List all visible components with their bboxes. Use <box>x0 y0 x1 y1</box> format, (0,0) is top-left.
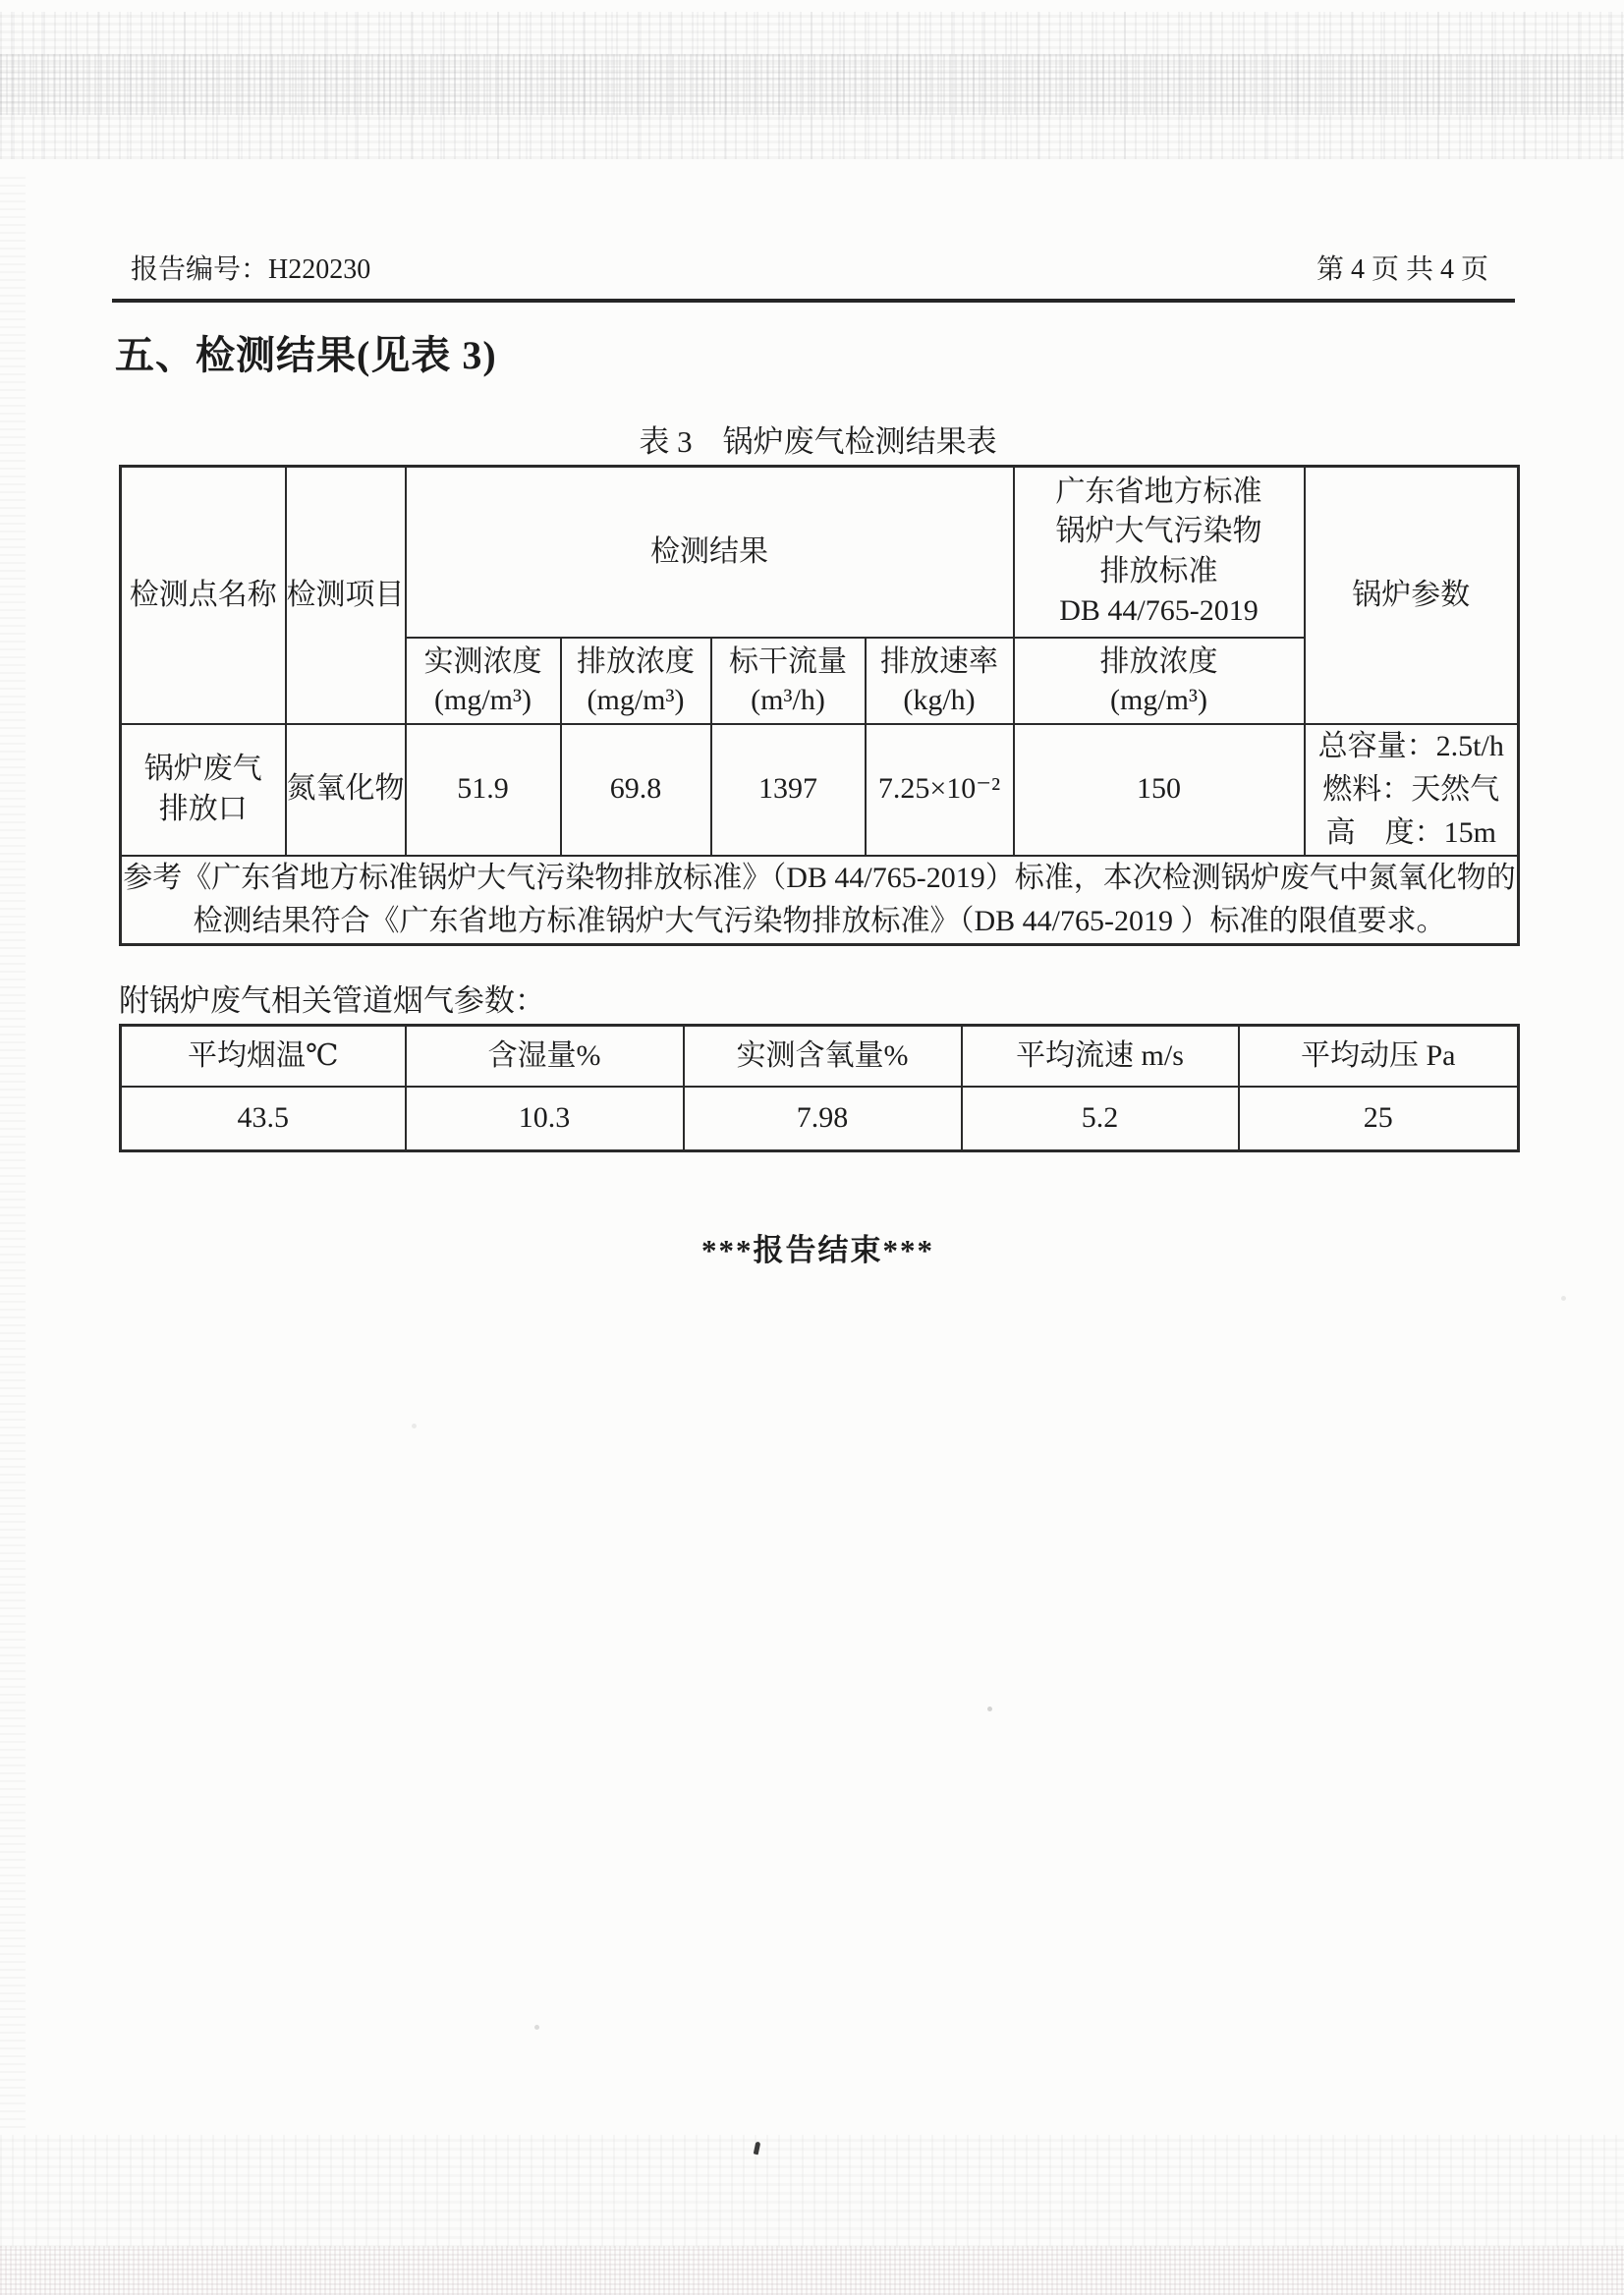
report-end: ***报告结束*** <box>119 1225 1517 1269</box>
results-table: 检测点名称 检测项目 检测结果 广东省地方标准 锅炉大气污染物 排放标准 DB … <box>119 465 1520 946</box>
col-header-rate: 排放速率 (kg/h) <box>866 638 1014 724</box>
page-header: 报告编号：H220230 第 4 页 共 4 页 <box>131 248 1488 287</box>
flue-header-velocity: 平均流速 m/s <box>962 1026 1239 1087</box>
flue-header-moisture: 含湿量% <box>406 1026 684 1087</box>
flue-header-pressure: 平均动压 Pa <box>1239 1026 1519 1087</box>
cell-point-name: 锅炉废气 排放口 <box>121 724 286 856</box>
flue-header-oxygen: 实测含氧量% <box>684 1026 962 1087</box>
col-header-measured: 实测浓度 (mg/m³) <box>406 638 561 724</box>
section-title: 五、检测结果(见表 3) <box>115 324 497 380</box>
table-row: 43.5 10.3 7.98 5.2 25 <box>121 1087 1519 1151</box>
col-group-boiler-params: 锅炉参数 <box>1305 467 1519 724</box>
col-header-emission: 排放浓度 (mg/m³) <box>561 638 711 724</box>
col-header-rate-label: 排放速率 <box>867 643 1013 682</box>
col-header-emission-unit: (mg/m³) <box>562 682 710 719</box>
col-header-measured-label: 实测浓度 <box>407 643 560 682</box>
col-group-results: 检测结果 <box>406 467 1014 638</box>
cell-test-item: 氮氧化物 <box>286 724 406 856</box>
col-header-rate-unit: (kg/h) <box>867 682 1013 719</box>
cell-flow-value: 1397 <box>711 724 866 856</box>
col-header-limit: 排放浓度 (mg/m³) <box>1014 638 1305 724</box>
cell-emission-value: 69.8 <box>561 724 711 856</box>
flue-value-oxygen: 7.98 <box>684 1087 962 1151</box>
boiler-height: 高 度：15m <box>1306 812 1518 855</box>
report-number: 报告编号：H220230 <box>131 248 370 287</box>
col-header-measured-unit: (mg/m³) <box>407 682 560 719</box>
col-header-point: 检测点名称 <box>121 467 286 724</box>
boiler-fuel: 燃料：天然气 <box>1306 768 1518 812</box>
flue-header-temp: 平均烟温℃ <box>121 1026 406 1087</box>
scan-noise-left-edge <box>0 177 26 2128</box>
scan-dots <box>0 0 3 3</box>
table-note-line2: 检测结果符合《广东省地方标准锅炉大气污染物排放标准》（DB 44/765-201… <box>122 900 1517 943</box>
table2-intro: 附锅炉废气相关管道烟气参数： <box>119 976 545 1020</box>
flue-value-velocity: 5.2 <box>962 1087 1239 1151</box>
table1-caption: 表 3 锅炉废气检测结果表 <box>119 417 1517 461</box>
scanned-report-page: 报告编号：H220230 第 4 页 共 4 页 五、检测结果(见表 3) 表 … <box>0 0 1624 2295</box>
col-header-flow-label: 标干流量 <box>712 643 865 682</box>
cell-boiler-params: 总容量：2.5t/h 燃料：天然气 高 度：15m <box>1305 724 1519 856</box>
table-note-line1: 参考《广东省地方标准锅炉大气污染物排放标准》（DB 44/765-2019）标准… <box>122 857 1517 900</box>
scan-speck <box>754 2142 761 2155</box>
flue-value-pressure: 25 <box>1239 1087 1519 1151</box>
header-rule <box>112 299 1515 303</box>
scan-noise-bottom <box>0 2246 1624 2295</box>
page-indicator: 第 4 页 共 4 页 <box>1316 248 1488 287</box>
scan-noise-top-dense <box>0 54 1624 115</box>
scan-noise-top <box>0 12 1624 159</box>
flue-value-temp: 43.5 <box>121 1087 406 1151</box>
flue-value-moisture: 10.3 <box>406 1087 684 1151</box>
boiler-capacity: 总容量：2.5t/h <box>1306 725 1518 768</box>
col-header-emission-label: 排放浓度 <box>562 643 710 682</box>
table-row: 锅炉废气 排放口 氮氧化物 51.9 69.8 1397 7.25×10⁻² 1… <box>121 724 1519 856</box>
col-header-limit-unit: (mg/m³) <box>1015 682 1304 719</box>
cell-rate-value: 7.25×10⁻² <box>866 724 1014 856</box>
cell-standard-limit: 150 <box>1014 724 1305 856</box>
col-header-flow: 标干流量 (m³/h) <box>711 638 866 724</box>
table-note: 参考《广东省地方标准锅炉大气污染物排放标准》（DB 44/765-2019）标准… <box>121 856 1519 945</box>
col-header-limit-label: 排放浓度 <box>1015 643 1304 682</box>
col-header-item: 检测项目 <box>286 467 406 724</box>
col-group-standard: 广东省地方标准 锅炉大气污染物 排放标准 DB 44/765-2019 <box>1014 467 1305 638</box>
col-header-flow-unit: (m³/h) <box>712 682 865 719</box>
cell-measured-value: 51.9 <box>406 724 561 856</box>
flue-params-table: 平均烟温℃ 含湿量% 实测含氧量% 平均流速 m/s 平均动压 Pa 43.5 … <box>119 1024 1520 1152</box>
scan-noise-bottom-soft <box>0 2135 1624 2248</box>
